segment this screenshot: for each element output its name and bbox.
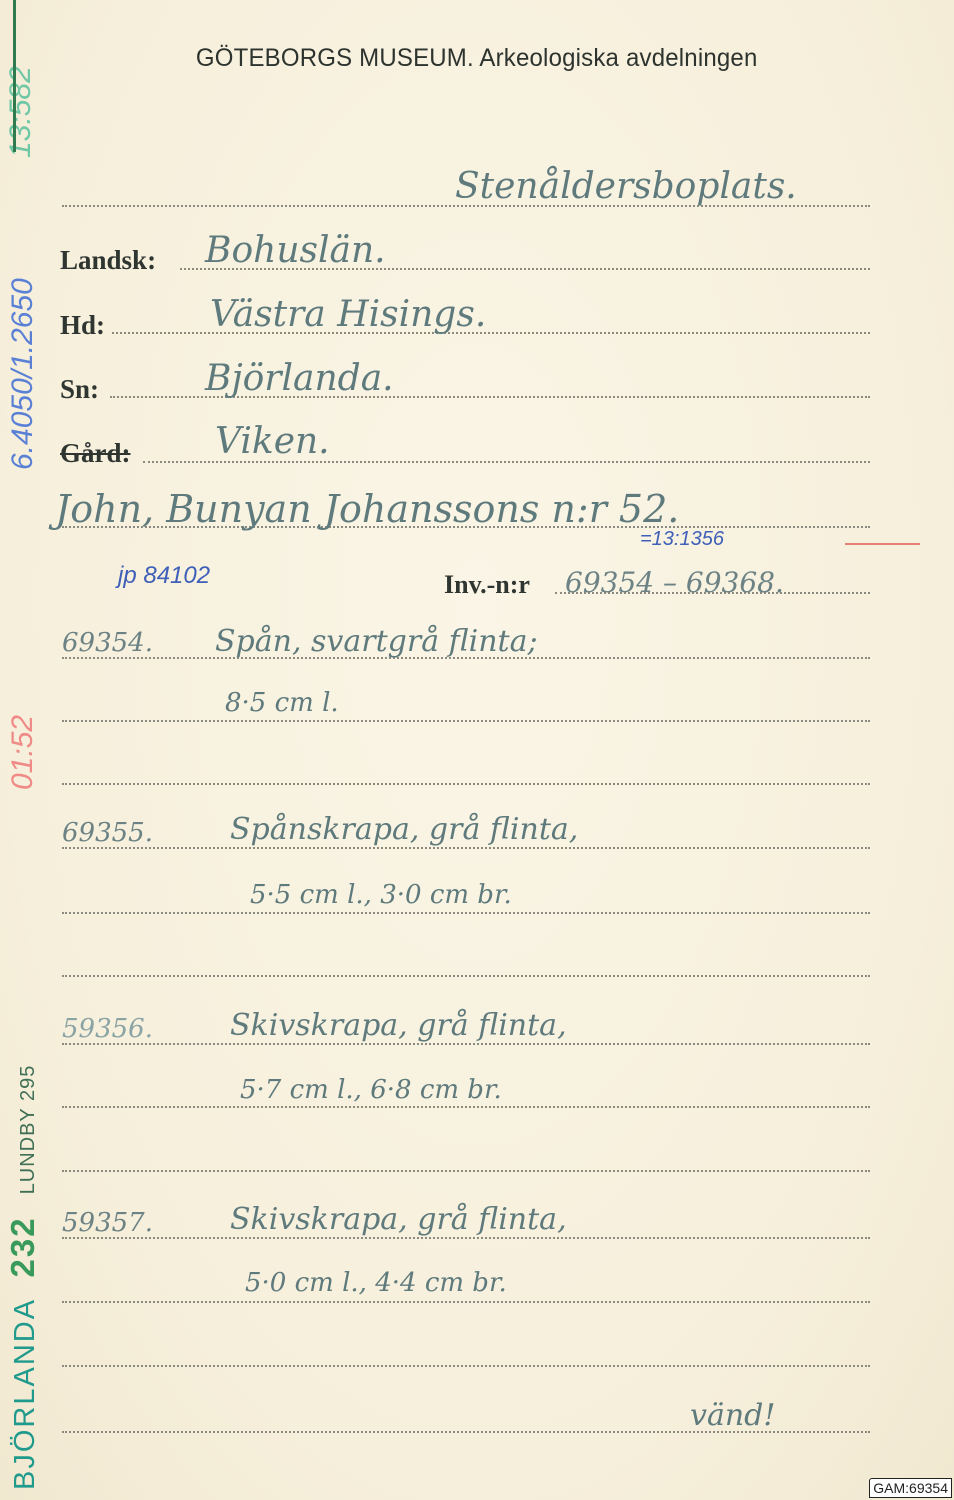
entry-measurements: 5·7 cm l., 6·8 cm br. — [240, 1075, 502, 1105]
entry-measurements: 5·0 cm l., 4·4 cm br. — [245, 1268, 507, 1298]
margin-crossed-number: 13:582 — [4, 66, 38, 158]
dotline-entry2-a — [62, 847, 870, 849]
dotline-entry3-b — [62, 1106, 870, 1108]
dotline-empty-2 — [62, 975, 870, 977]
field-value-sn: Björlanda. — [205, 358, 394, 399]
inv-value: 69354 – 69368. — [565, 566, 784, 599]
dotline-entry4-a — [62, 1237, 870, 1239]
field-label-gard: Gård: — [60, 438, 131, 469]
entry-description: Skivskrapa, grå flinta, — [230, 1008, 567, 1043]
entry-number: 69355. — [62, 818, 153, 848]
secondary-ref: LUNDBY 295 — [17, 1065, 39, 1195]
field-value-gard: Viken. — [215, 421, 330, 462]
margin-red-note: 01:52 — [6, 715, 40, 790]
margin-coordinates: 6.4050/1.2650 — [6, 278, 40, 470]
field-label-landsk: Landsk: — [60, 245, 156, 276]
dotline-entry2-b — [62, 912, 870, 914]
margin-parish: BJÖRLANDA 232 LUNDBY 295 — [4, 1065, 42, 1490]
collection-annotation: =13:1356 — [640, 528, 724, 551]
red-note-text: 01:52 — [6, 715, 39, 790]
journal-ref: jp 84102 — [118, 562, 210, 590]
dotline-empty-4 — [62, 1365, 870, 1367]
collection-name: John, Bunyan Johanssons n:r 52. — [55, 487, 679, 531]
parish-label: BJÖRLANDA — [9, 1300, 41, 1490]
entry-number: 59357. — [62, 1208, 153, 1238]
dotline-empty-3 — [62, 1170, 870, 1172]
field-label-sn: Sn: — [60, 374, 99, 405]
entry-description: Spån, svartgrå flinta; — [215, 624, 538, 659]
site-type: Stenåldersboplats. — [455, 166, 797, 207]
inv-label: Inv.-n:r — [444, 570, 530, 600]
catalog-stamp: GAM:69354 — [869, 1478, 952, 1498]
entry-description: Spånskrapa, grå flinta, — [230, 812, 578, 847]
field-value-hd: Västra Hisings. — [210, 294, 486, 335]
coordinates-text: 6.4050/1.2650 — [6, 278, 39, 470]
field-label-hd: Hd: — [60, 310, 105, 341]
entry-measurements: 8·5 cm l. — [225, 688, 339, 718]
entry-measurements: 5·5 cm l., 3·0 cm br. — [250, 880, 512, 910]
red-underline — [845, 543, 920, 545]
field-value-landsk: Bohuslän. — [205, 230, 386, 271]
dotline-entry4-b — [62, 1301, 870, 1303]
entry-description: Skivskrapa, grå flinta, — [230, 1202, 567, 1237]
entry-number: 69354. — [62, 628, 153, 658]
dotline-entry3-a — [62, 1043, 870, 1045]
dotline-empty-1 — [62, 783, 870, 785]
crossed-number-text: 13:582 — [4, 66, 37, 158]
footer-note: vänd! — [690, 1398, 775, 1433]
dotline-entry1-b — [62, 720, 870, 722]
entry-number: 59356. — [62, 1014, 153, 1044]
parish-number: 232 — [4, 1216, 41, 1277]
strike-line — [13, 0, 16, 152]
museum-header: GÖTEBORGS MUSEUM. Arkeologiska avdelning… — [19, 44, 935, 73]
